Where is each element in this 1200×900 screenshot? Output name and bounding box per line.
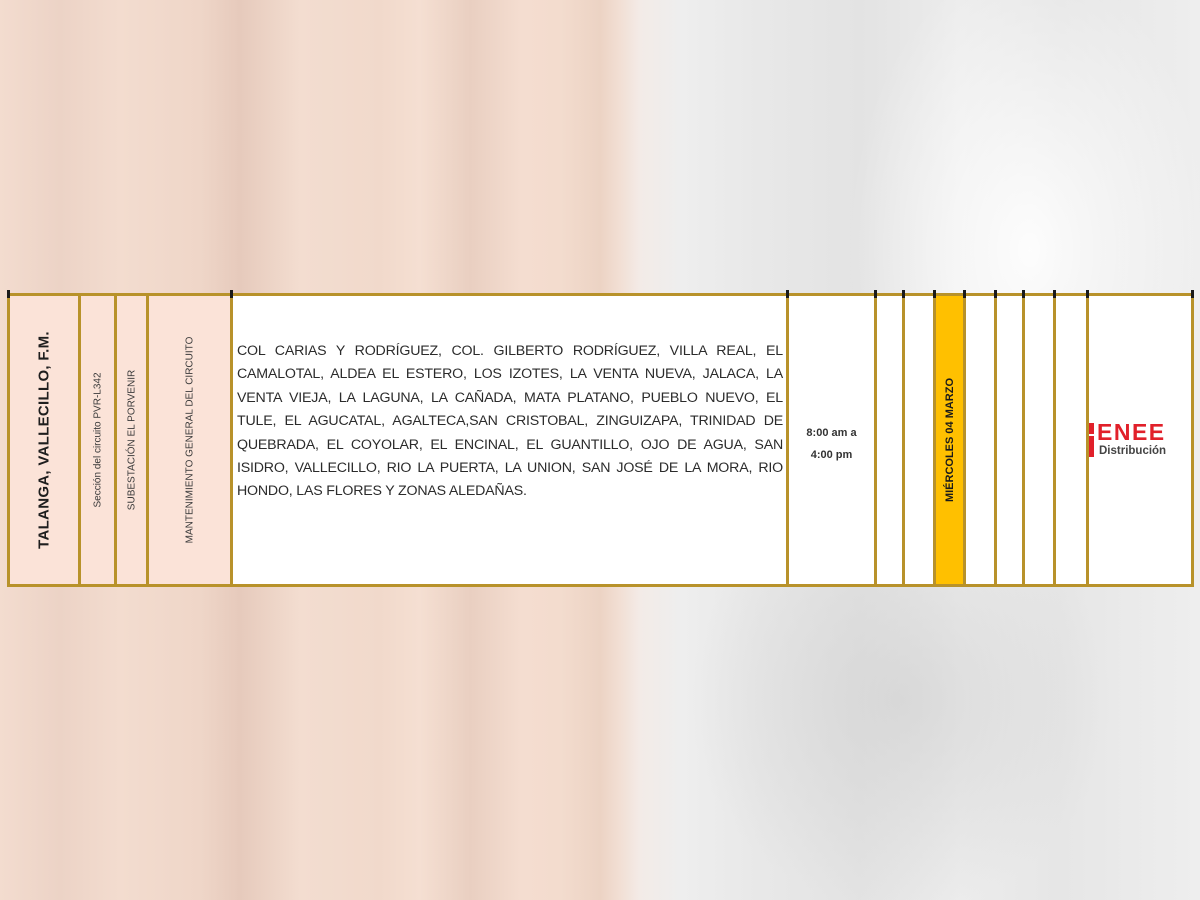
logo-cell: ENEE Distribución	[1086, 296, 1194, 584]
circuit-section-label: Sección del circuito PVR-L342	[92, 372, 103, 507]
time-start: 8:00 am a	[789, 422, 874, 444]
border-tick	[230, 290, 233, 298]
time-window: 8:00 am a 4:00 pm	[789, 422, 874, 466]
enee-logo-mark-icon	[1087, 423, 1094, 457]
circuit-section-cell: Sección del circuito PVR-L342	[78, 296, 114, 584]
border-tick	[7, 290, 10, 298]
time-end: 4:00 pm	[789, 444, 874, 466]
border-tick	[902, 290, 905, 298]
border-tick	[874, 290, 877, 298]
border-tick	[933, 290, 936, 298]
day-cell-4	[994, 296, 1022, 584]
border-tick	[1191, 290, 1194, 298]
day-cell-5	[1022, 296, 1053, 584]
border-tick	[1086, 290, 1089, 298]
time-window-cell: 8:00 am a 4:00 pm	[786, 296, 874, 584]
enee-logo-subtitle: Distribución	[1099, 444, 1166, 458]
region-cell: TALANGA, VALLECILLO, F.M.	[7, 296, 78, 584]
outage-schedule-row: TALANGA, VALLECILLO, F.M. Sección del ci…	[7, 293, 1194, 587]
border-tick	[1053, 290, 1056, 298]
border-tick	[1022, 290, 1025, 298]
border-tick	[786, 290, 789, 298]
day-cell-6	[1053, 296, 1086, 584]
day-cell-3	[963, 296, 994, 584]
substation-cell: SUBESTACIÓN EL PORVENIR	[114, 296, 146, 584]
border-tick	[963, 290, 966, 298]
substation-label: SUBESTACIÓN EL PORVENIR	[126, 370, 137, 510]
affected-areas-text: COL CARIAS Y RODRÍGUEZ, COL. GILBERTO RO…	[237, 340, 783, 504]
work-type-label: MANTENIMIENTO GENERAL DEL CIRCUITO	[184, 337, 195, 544]
border-tick	[994, 290, 997, 298]
work-type-cell: MANTENIMIENTO GENERAL DEL CIRCUITO	[146, 296, 230, 584]
day-cell-2	[902, 296, 933, 584]
affected-areas-cell: COL CARIAS Y RODRÍGUEZ, COL. GILBERTO RO…	[230, 296, 786, 584]
day-cell-1	[874, 296, 902, 584]
region-label: TALANGA, VALLECILLO, F.M.	[36, 331, 53, 549]
enee-logo-name: ENEE	[1097, 420, 1166, 444]
date-label: MIÉRCOLES 04 MARZO	[944, 378, 956, 502]
date-cell: MIÉRCOLES 04 MARZO	[933, 296, 963, 584]
enee-logo: ENEE Distribución	[1087, 420, 1194, 460]
